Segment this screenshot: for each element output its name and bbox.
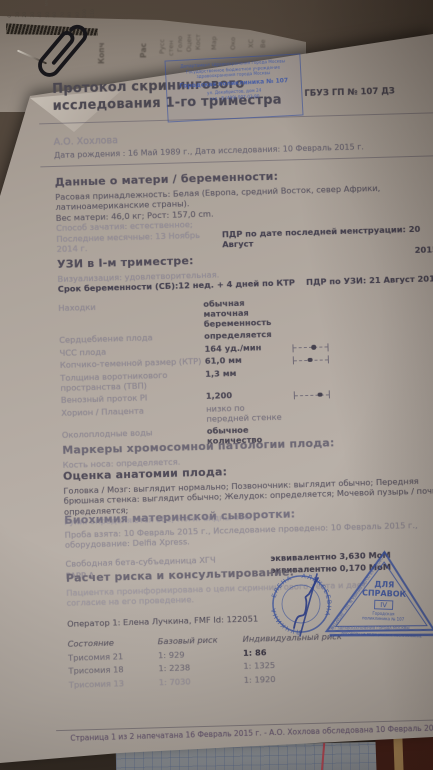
row-label: Толщина воротникового пространства (ТВП)	[60, 370, 205, 394]
row-value: обычная маточная беременность	[203, 297, 292, 329]
table-header-cell: Базовый риск	[158, 634, 243, 646]
section-ultrasound: УЗИ в I-м триместре: Визуализация: удовл…	[57, 247, 433, 453]
range-indicator	[294, 390, 330, 399]
range-indicator	[293, 356, 329, 365]
row-value: 164 уд./мин	[204, 342, 292, 354]
row-value: 61,0 мм	[205, 355, 293, 367]
table-cell: Трисомия 18	[68, 664, 158, 677]
row-value: определяется	[204, 330, 292, 342]
table-cell: 1: 1920	[244, 669, 433, 685]
triangle-sub2: поликлиника № 107	[362, 615, 405, 621]
row-value: низко по передней стенке	[206, 402, 295, 424]
range-indicator	[292, 343, 328, 352]
triangle-roman: IV	[380, 601, 387, 609]
table-cell: 1: 1325	[243, 655, 433, 671]
row-value: 1,200	[206, 389, 294, 401]
footer-text: Страница 1 из 2 напечатана 16 Февраль 20…	[70, 723, 433, 743]
row-label: Сердцебиение плода	[59, 332, 204, 346]
row-value: 1,3 мм	[205, 367, 293, 379]
table-header-cell: Состояние	[68, 637, 158, 650]
table-cell: 1: 86	[243, 642, 433, 658]
triangle-stamp: ГОРОДСКАЯ ПОЛИКЛИНИКА № 107 · ДЕПАРТАМЕН…	[323, 547, 433, 643]
table-cell: Трисомия 21	[68, 650, 158, 663]
row-label: Копчико-теменной размер (КТР)	[60, 357, 205, 371]
table-cell: Трисомия 13	[69, 677, 159, 690]
table-cell: 1: 2238	[158, 661, 243, 673]
triangle-bottom-text: ДОГОВОРЫ НА МЕДИЦИНСКОЕ ОБСЛУЖИВАНИЕ	[341, 632, 422, 639]
document-content: Протокол скринингового исследования 1-го…	[52, 71, 433, 770]
range-dot	[308, 358, 313, 363]
table-cell: 1: 7030	[159, 675, 244, 687]
triangle-line2: СПРАВОК	[362, 588, 407, 599]
row-label: Венозный проток PI	[61, 392, 206, 406]
range-dot	[318, 392, 323, 397]
row-label: Околоплодные воды	[62, 427, 207, 441]
photo-of-document: мм 0 10 20 30 40 50 60 70 80 90 100 110 …	[0, 0, 433, 770]
clinic-stamp: Департамент здравоохранения города Москв…	[164, 53, 303, 122]
row-label: Хорион / Плацента	[61, 404, 206, 418]
signature	[284, 566, 330, 642]
range-dot	[312, 345, 317, 350]
table-cell: 1: 929	[158, 648, 243, 660]
row-label: Находки	[58, 300, 203, 314]
